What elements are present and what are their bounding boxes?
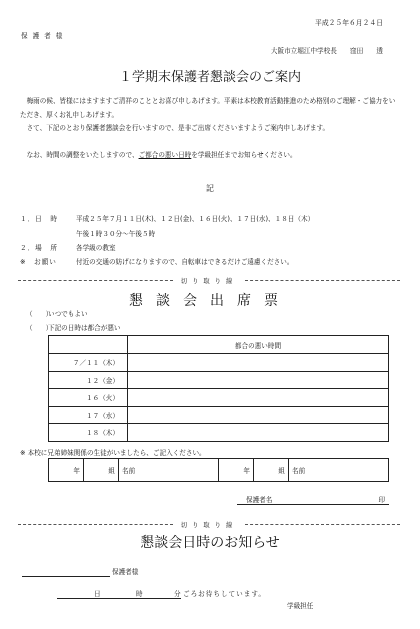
day-label: 日 <box>94 588 101 598</box>
row-time-field[interactable] <box>128 389 389 407</box>
sibling-2-grade[interactable]: 年 <box>219 459 254 482</box>
dashed-line <box>245 280 400 281</box>
table-row: １２（金） <box>49 371 389 389</box>
appointment-time-field[interactable]: 日時分 <box>57 588 181 599</box>
item-datetime-label: １．日 時 <box>20 213 76 223</box>
sibling-1-grade[interactable]: 年 <box>49 459 84 482</box>
table-row: ７／１１（木） <box>49 354 389 372</box>
table-header-row: 都合の悪い時間 <box>49 336 389 354</box>
guardian-name-label: 保護者名 <box>246 494 272 504</box>
row-time-field[interactable] <box>128 354 389 372</box>
header-unavailable-time: 都合の悪い時間 <box>128 336 389 354</box>
request-text-after: を学級担任までお知らせください。 <box>191 151 296 159</box>
paragraph-greeting: 梅雨の候、皆様にはますますご清祥のこととお喜び申しあげます。平素は本校教育活動推… <box>20 95 400 122</box>
request-text-before: なお、時間の調整をいたしますので、 <box>20 151 139 159</box>
waiting-text: ごろお待ちしています。 <box>183 588 266 598</box>
item-place-value: 各学級の教室 <box>76 244 116 252</box>
row-date: ７／１１（木） <box>49 354 128 372</box>
request-text-underlined: ご都合の悪い日時 <box>139 151 192 159</box>
sibling-note: ※ 本校に兄弟姉妹関係の生徒がいましたら、ご記入ください。 <box>20 447 206 457</box>
dashed-line <box>18 524 173 525</box>
homeroom-teacher: 学級担任 <box>287 600 313 610</box>
sibling-1-name[interactable]: 名前 <box>119 459 219 482</box>
document-date: 平成２５年６月２４日 <box>315 17 383 27</box>
row-date: １８（木） <box>49 424 128 442</box>
guardian-name-blank[interactable] <box>22 566 110 577</box>
option-anytime[interactable]: （ ）いつでもよい <box>26 308 88 318</box>
guardian-name-field[interactable]: 保護者名印 <box>237 494 389 505</box>
cut-line-label: 切り取り線 <box>173 520 245 529</box>
attendance-title: 懇談会出席票 <box>0 290 420 310</box>
item-datetime-value: 平成２５年７月１１日(木)、１２日(金)、１６日(火)、１７日(水)、１８日（木… <box>76 215 314 223</box>
row-date: １６（火） <box>49 389 128 407</box>
paragraph-invitation: さて、下記のとおり保護者懇談会を行いますので、是非ご出席くださいますようご案内申… <box>20 122 400 136</box>
row-time-field[interactable] <box>128 406 389 424</box>
minute-label: 分 <box>174 588 181 598</box>
table-row: １７（水） <box>49 406 389 424</box>
dashed-line <box>18 280 173 281</box>
cut-line-label: 切り取り線 <box>173 276 245 285</box>
item-datetime: １．日 時平成２５年７月１１日(木)、１２日(金)、１６日(火)、１７日(水)、… <box>20 213 314 223</box>
hour-label: 時 <box>136 588 143 598</box>
cut-line-2: 切り取り線 <box>18 519 400 529</box>
item-place: ２．場 所各学級の教室 <box>20 242 116 252</box>
sender: 大阪市立堀江中学校長 窪田 透 <box>271 45 383 55</box>
dashed-line <box>245 524 400 525</box>
checkbox-paren[interactable]: （ ） <box>26 322 48 332</box>
item-request-value: 付近の交通の妨げになりますので、自転車はできるだけご遠慮ください。 <box>76 258 293 266</box>
row-date: １７（水） <box>49 406 128 424</box>
item-place-label: ２．場 所 <box>20 242 76 252</box>
row-date: １２（金） <box>49 371 128 389</box>
schedule-notice-title: 懇談会日時のお知らせ <box>0 532 420 552</box>
sibling-row: 年 組 名前 年 組 名前 <box>49 459 389 482</box>
sibling-1-class[interactable]: 組 <box>84 459 119 482</box>
cut-line-1: 切り取り線 <box>18 275 400 285</box>
sibling-2-class[interactable]: 組 <box>254 459 289 482</box>
sibling-2-name[interactable]: 名前 <box>289 459 389 482</box>
ki-heading: 記 <box>0 183 420 194</box>
option-label: 下記の日時は都合が悪い <box>48 324 121 332</box>
item-request-label: ※ お願い <box>20 256 76 266</box>
seal-mark: 印 <box>378 494 385 504</box>
guardian-suffix: 保護者様 <box>112 566 138 576</box>
table-row: １６（火） <box>49 389 389 407</box>
item-request: ※ お願い付近の交通の妨げになりますので、自転車はできるだけご遠慮ください。 <box>20 256 293 266</box>
paragraph-request: なお、時間の調整をいたしますので、ご都合の悪い日時を学級担任までお知らせください… <box>20 149 400 163</box>
option-label: いつでもよい <box>48 310 88 318</box>
unavailable-times-table: 都合の悪い時間 ７／１１（木） １２（金） １６（火） １７（水） １８（木） <box>48 335 389 442</box>
addressee: 保護者様 <box>21 30 67 40</box>
notice-title: １学期末保護者懇談会のご案内 <box>0 66 420 85</box>
checkbox-paren[interactable]: （ ） <box>26 308 48 318</box>
table-row: １８（木） <box>49 424 389 442</box>
option-unavailable[interactable]: （ ）下記の日時は都合が悪い <box>26 322 121 332</box>
header-date <box>49 336 128 354</box>
item-datetime-time: 午後１時３０分～午後５時 <box>76 228 155 238</box>
row-time-field[interactable] <box>128 424 389 442</box>
sibling-table: 年 組 名前 年 組 名前 <box>48 458 389 482</box>
row-time-field[interactable] <box>128 371 389 389</box>
